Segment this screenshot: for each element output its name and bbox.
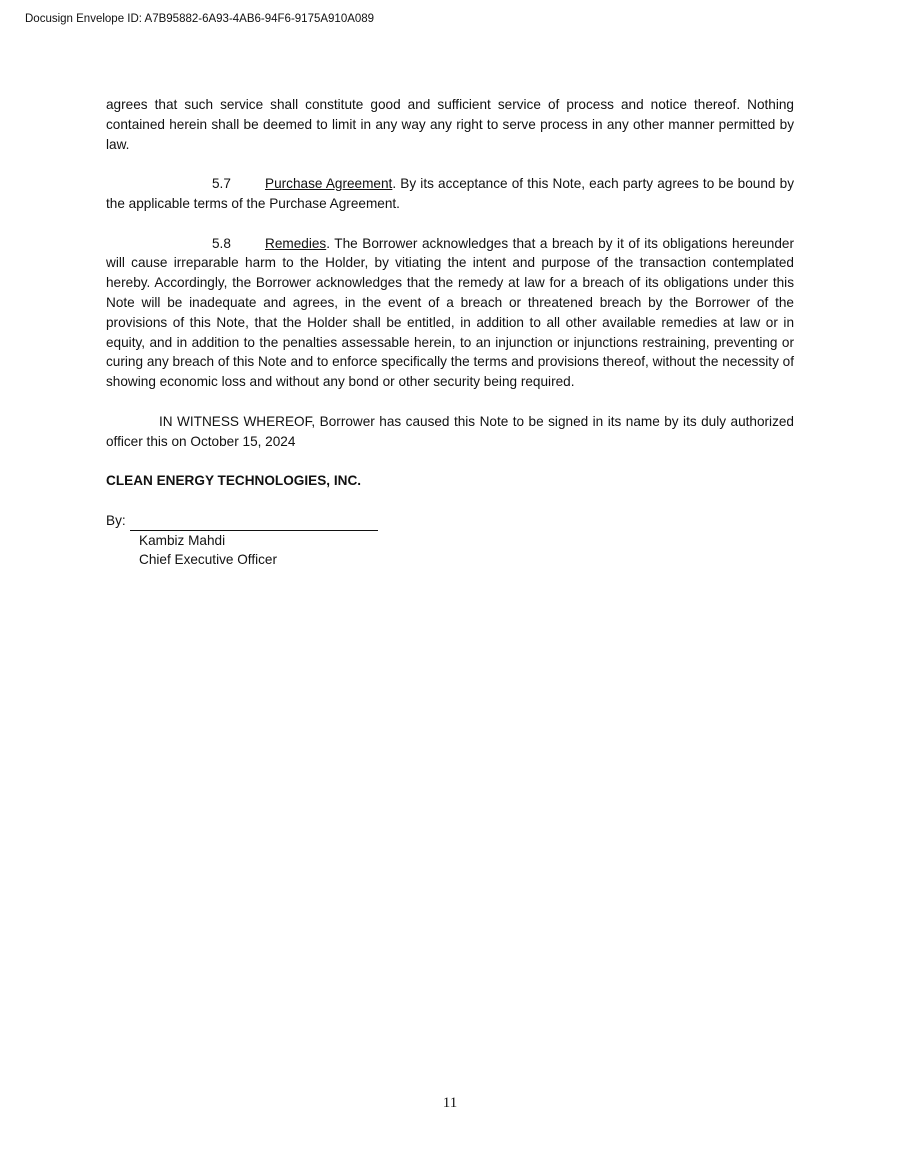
section-number: 5.8 [212, 234, 265, 254]
section-title: Purchase Agreement [265, 176, 392, 191]
signature-field[interactable] [130, 515, 378, 531]
section-number: 5.7 [212, 174, 265, 194]
signer-name: Kambiz Mahdi [139, 531, 794, 551]
by-label: By: [106, 511, 126, 531]
section-5-7: 5.7Purchase Agreement. By its acceptance… [106, 174, 794, 214]
continuation-paragraph: agrees that such service shall constitut… [106, 95, 794, 154]
page-number: 11 [0, 1095, 900, 1112]
signature-line-row: By: [106, 511, 794, 531]
envelope-id: Docusign Envelope ID: A7B95882-6A93-4AB6… [25, 13, 374, 25]
section-title: Remedies [265, 236, 326, 251]
company-name: CLEAN ENERGY TECHNOLOGIES, INC. [106, 471, 794, 491]
section-body: . The Borrower acknowledges that a breac… [106, 236, 794, 390]
signer-title: Chief Executive Officer [139, 550, 794, 570]
section-body: . By its acceptance of this Note, each p… [106, 176, 794, 211]
witness-paragraph: IN WITNESS WHEREOF, Borrower has caused … [106, 412, 794, 452]
section-5-8: 5.8Remedies. The Borrower acknowledges t… [106, 234, 794, 392]
document-page: agrees that such service shall constitut… [106, 95, 794, 570]
